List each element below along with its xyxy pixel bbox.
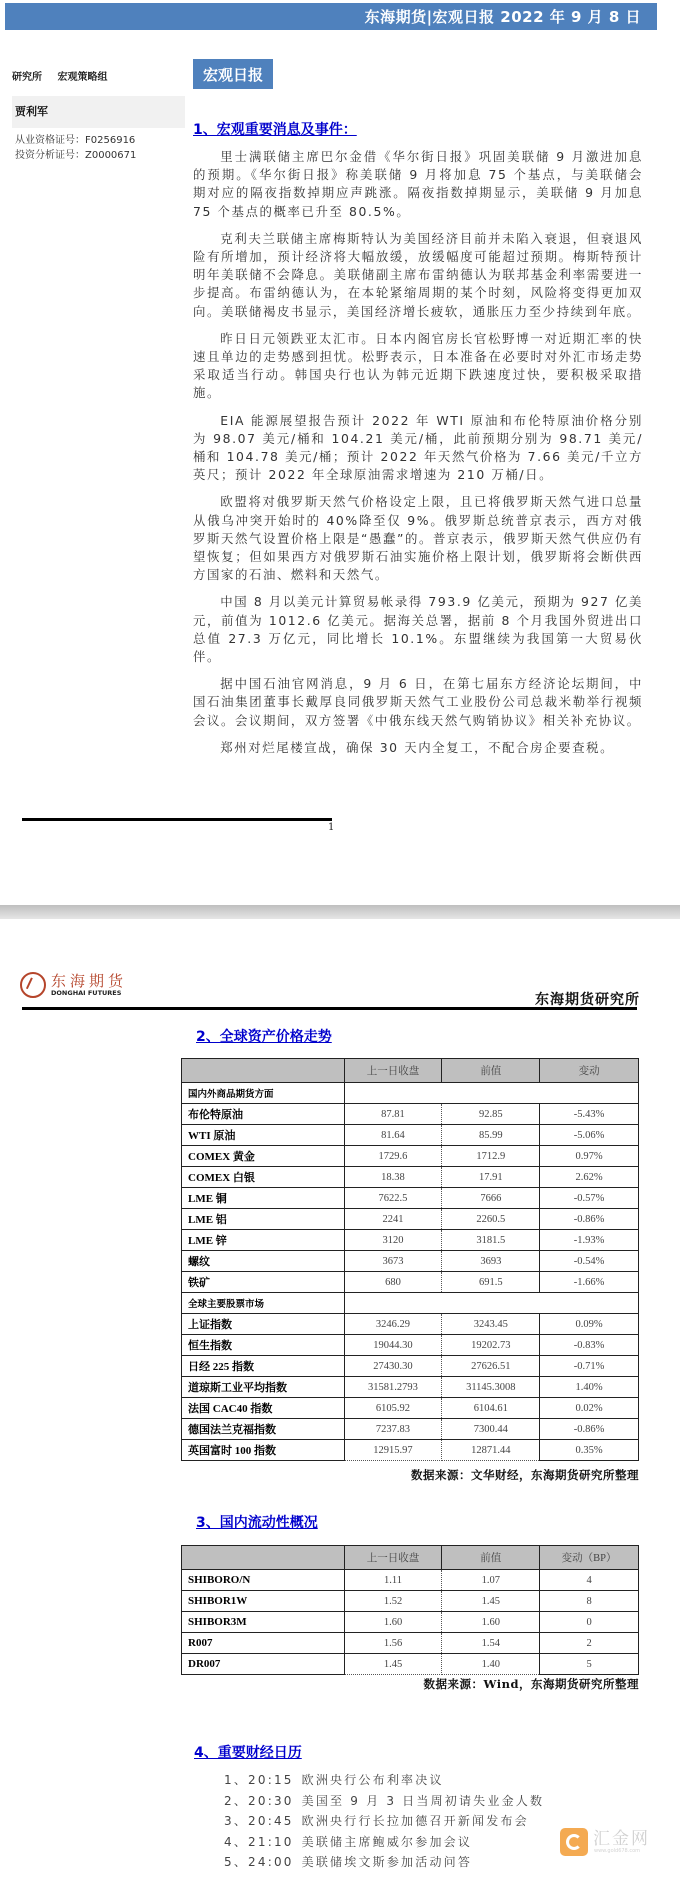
table-row: 法国 CAC40 指数6105.926104.610.02%	[182, 1398, 639, 1419]
calendar-item: 3、20:45欧洲央行行长拉加德召开新闻发布会	[224, 1811, 544, 1832]
news-paragraph: 中国 8 月以美元计算贸易帐录得 793.9 亿美元，预期为 927 亿美元，前…	[193, 593, 643, 666]
change-value: 2.62%	[540, 1167, 639, 1188]
empty-cell	[344, 1083, 638, 1104]
logo-cn: 东海期货	[51, 973, 127, 989]
instrument-name: LME 铜	[182, 1188, 345, 1209]
econ-calendar: 1、20:15欧洲央行公布利率决议 2、20:30美国至 9 月 3 日当周初请…	[224, 1770, 544, 1873]
close-value: 1.56	[344, 1633, 442, 1654]
close-value: 6105.92	[344, 1398, 442, 1419]
instrument-name: 日经 225 指数	[182, 1356, 345, 1377]
instrument-name: 德国法兰克福指数	[182, 1419, 345, 1440]
prev-value: 1.40	[442, 1654, 540, 1675]
change-value: 1.40%	[540, 1377, 639, 1398]
instrument-name: SHIBORO/N	[182, 1570, 345, 1591]
col-header-name	[182, 1546, 345, 1570]
table-row: 上证指数3246.293243.450.09%	[182, 1314, 639, 1335]
calendar-item: 5、24:00美联储埃文斯参加活动问答	[224, 1852, 544, 1873]
change-value: -1.93%	[540, 1230, 639, 1251]
close-value: 2241	[344, 1209, 442, 1230]
section4-title: 4、重要财经日历	[194, 1742, 302, 1762]
table-header-row: 上一日收盘 前值 变动（BP）	[182, 1546, 639, 1570]
prev-value: 1712.9	[442, 1146, 540, 1167]
instrument-name: 螺纹	[182, 1251, 345, 1272]
change-value: 8	[540, 1591, 639, 1612]
change-value: -0.54%	[540, 1251, 639, 1272]
table-row: COMEX 白银18.3817.912.62%	[182, 1167, 639, 1188]
section3-title: 3、国内流动性概况	[196, 1512, 318, 1532]
table-row: 布伦特原油87.8192.85-5.43%	[182, 1104, 639, 1125]
prev-value: 7666	[442, 1188, 540, 1209]
table-row: LME 铜7622.57666-0.57%	[182, 1188, 639, 1209]
prev-value: 92.85	[442, 1104, 540, 1125]
close-value: 1729.6	[344, 1146, 442, 1167]
close-value: 3246.29	[344, 1314, 442, 1335]
prev-value: 3181.5	[442, 1230, 540, 1251]
instrument-name: COMEX 黄金	[182, 1146, 345, 1167]
instrument-name: 布伦特原油	[182, 1104, 345, 1125]
instrument-name: COMEX 白银	[182, 1167, 345, 1188]
instrument-name: R007	[182, 1633, 345, 1654]
col-header-change-bp: 变动（BP）	[540, 1546, 639, 1570]
section2-source: 数据来源：文华财经，东海期货研究所整理	[411, 1467, 639, 1483]
prev-value: 12871.44	[442, 1440, 540, 1461]
instrument-name: SHIBOR1W	[182, 1591, 345, 1612]
col-header-change: 变动	[540, 1059, 639, 1083]
page-separator	[0, 905, 680, 919]
close-value: 3120	[344, 1230, 442, 1251]
watermark-name: 汇金网	[593, 1830, 650, 1848]
instrument-name: SHIBOR3M	[182, 1612, 345, 1633]
change-value: 0.97%	[540, 1146, 639, 1167]
analyst-name: 贾利军	[15, 103, 48, 119]
table-row: WTI 原油81.6485.99-5.06%	[182, 1125, 639, 1146]
change-value: -5.43%	[540, 1104, 639, 1125]
department-group: 宏观策略组	[57, 72, 107, 83]
asset-price-table: 上一日收盘 前值 变动 国内外商品期货方面布伦特原油87.8192.85-5.4…	[181, 1058, 639, 1461]
prev-value: 1.07	[442, 1570, 540, 1591]
empty-cell	[344, 1293, 638, 1314]
change-value: 0.02%	[540, 1398, 639, 1419]
prev-value: 3693	[442, 1251, 540, 1272]
close-value: 81.64	[344, 1125, 442, 1146]
close-value: 31581.2793	[344, 1377, 442, 1398]
change-value: 0.35%	[540, 1440, 639, 1461]
change-value: -0.71%	[540, 1356, 639, 1377]
calendar-item: 2、20:30美国至 9 月 3 日当周初请失业金人数	[224, 1791, 544, 1812]
page-number: 1	[328, 822, 334, 833]
table-category-row: 国内外商品期货方面	[182, 1083, 639, 1104]
close-value: 7237.83	[344, 1419, 442, 1440]
table-row: 道琼斯工业平均指数31581.279331145.30081.40%	[182, 1377, 639, 1398]
table-row: SHIBORO/N1.111.074	[182, 1570, 639, 1591]
instrument-name: LME 铝	[182, 1209, 345, 1230]
close-value: 1.45	[344, 1654, 442, 1675]
col-header-close: 上一日收盘	[344, 1059, 442, 1083]
department-label: 研究所 宏观策略组	[12, 68, 119, 83]
section3-source: 数据来源：Wind，东海期货研究所整理	[424, 1676, 639, 1692]
close-value: 1.11	[344, 1570, 442, 1591]
change-value: -5.06%	[540, 1125, 639, 1146]
table-row: SHIBOR3M1.601.600	[182, 1612, 639, 1633]
instrument-name: 法国 CAC40 指数	[182, 1398, 345, 1419]
prev-value: 17.91	[442, 1167, 540, 1188]
close-value: 3673	[344, 1251, 442, 1272]
instrument-name: 恒生指数	[182, 1335, 345, 1356]
liquidity-table: 上一日收盘 前值 变动（BP） SHIBORO/N1.111.074SHIBOR…	[181, 1545, 639, 1675]
instrument-name: DR007	[182, 1654, 345, 1675]
table-row: 英国富时 100 指数12915.9712871.440.35%	[182, 1440, 639, 1461]
department-institute: 研究所	[12, 72, 42, 83]
news-paragraph: 郑州对烂尾楼宣战，确保 30 天内全复工，不配合房企要查税。	[193, 739, 643, 757]
section1-title: 1、宏观重要消息及事件：	[193, 119, 357, 139]
institute-name: 东海期货研究所	[535, 989, 640, 1009]
watermark: 汇金网 www.gold678.com	[560, 1828, 650, 1856]
table-row: LME 铝22412260.5-0.86%	[182, 1209, 639, 1230]
change-value: 4	[540, 1570, 639, 1591]
instrument-name: 英国富时 100 指数	[182, 1440, 345, 1461]
instrument-name: 道琼斯工业平均指数	[182, 1377, 345, 1398]
col-header-prev: 前值	[442, 1546, 540, 1570]
prev-value: 85.99	[442, 1125, 540, 1146]
close-value: 12915.97	[344, 1440, 442, 1461]
change-value: -0.57%	[540, 1188, 639, 1209]
table-row: R0071.561.542	[182, 1633, 639, 1654]
table-row: 螺纹36733693-0.54%	[182, 1251, 639, 1272]
calendar-item: 1、20:15欧洲央行公布利率决议	[224, 1770, 544, 1791]
footer-rule	[22, 818, 332, 821]
table-row: COMEX 黄金1729.61712.90.97%	[182, 1146, 639, 1167]
section1-body: 里士满联储主席巴尔金借《华尔街日报》巩固美联储 9 月激进加息的预期。《华尔街日…	[193, 148, 643, 766]
col-header-name	[182, 1059, 345, 1083]
prev-value: 2260.5	[442, 1209, 540, 1230]
prev-value: 1.60	[442, 1612, 540, 1633]
close-value: 27430.30	[344, 1356, 442, 1377]
news-paragraph: 克利夫兰联储主席梅斯特认为美国经济目前并未陷入衰退，但衰退风险有所增加，预计经济…	[193, 230, 643, 321]
calendar-item: 4、21:10美联储主席鲍威尔参加会议	[224, 1832, 544, 1853]
instrument-name: 上证指数	[182, 1314, 345, 1335]
table-row: SHIBOR1W1.521.458	[182, 1591, 639, 1612]
prev-value: 7300.44	[442, 1419, 540, 1440]
table-row: 德国法兰克福指数7237.837300.44-0.86%	[182, 1419, 639, 1440]
report-header-title: 东海期货|宏观日报 2022 年 9 月 8 日	[365, 6, 641, 27]
news-paragraph: 据中国石油官网消息，9 月 6 日，在第七届东方经济论坛期间，中国石油集团董事长…	[193, 675, 643, 730]
qualification-cert: 从业资格证号：F0256916	[15, 131, 135, 146]
prev-value: 19202.73	[442, 1335, 540, 1356]
table-row: LME 锌31203181.5-1.93%	[182, 1230, 639, 1251]
table-category-row: 全球主要股票市场	[182, 1293, 639, 1314]
col-header-close: 上一日收盘	[344, 1546, 442, 1570]
change-value: -0.86%	[540, 1419, 639, 1440]
news-paragraph: 欧盟将对俄罗斯天然气价格设定上限，且已将俄罗斯天然气进口总量从俄乌冲突开始时的 …	[193, 493, 643, 584]
table-row: 日经 225 指数27430.3027626.51-0.71%	[182, 1356, 639, 1377]
section2-title: 2、全球资产价格走势	[196, 1026, 332, 1046]
table-header-row: 上一日收盘 前值 变动	[182, 1059, 639, 1083]
table-row: DR0071.451.405	[182, 1654, 639, 1675]
instrument-name: 铁矿	[182, 1272, 345, 1293]
instrument-name: WTI 原油	[182, 1125, 345, 1146]
col-header-prev: 前值	[442, 1059, 540, 1083]
watermark-logo-icon	[560, 1828, 588, 1856]
change-value: -0.86%	[540, 1209, 639, 1230]
change-value: 5	[540, 1654, 639, 1675]
company-logo: 东海期货 DONGHAI FUTURES	[20, 972, 127, 998]
report-header-bar: 东海期货|宏观日报 2022 年 9 月 8 日	[5, 3, 657, 30]
close-value: 1.52	[344, 1591, 442, 1612]
prev-value: 31145.3008	[442, 1377, 540, 1398]
table-row: 恒生指数19044.3019202.73-0.83%	[182, 1335, 639, 1356]
prev-value: 27626.51	[442, 1356, 540, 1377]
change-value: 0	[540, 1612, 639, 1633]
prev-value: 1.45	[442, 1591, 540, 1612]
prev-value: 691.5	[442, 1272, 540, 1293]
investment-cert: 投资分析证号：Z0000671	[15, 146, 136, 161]
table-row: 铁矿680691.5-1.66%	[182, 1272, 639, 1293]
prev-value: 3243.45	[442, 1314, 540, 1335]
close-value: 7622.5	[344, 1188, 442, 1209]
change-value: -0.83%	[540, 1335, 639, 1356]
prev-value: 6104.61	[442, 1398, 540, 1419]
change-value: 2	[540, 1633, 639, 1654]
close-value: 18.38	[344, 1167, 442, 1188]
category-label: 国内外商品期货方面	[182, 1083, 345, 1104]
news-paragraph: 昨日日元领跌亚太汇市。日本内阁官房长官松野博一对近期汇率的快速且单边的走势感到担…	[193, 330, 643, 403]
close-value: 680	[344, 1272, 442, 1293]
close-value: 1.60	[344, 1612, 442, 1633]
category-label: 全球主要股票市场	[182, 1293, 345, 1314]
close-value: 19044.30	[344, 1335, 442, 1356]
instrument-name: LME 锌	[182, 1230, 345, 1251]
news-paragraph: EIA 能源展望报告预计 2022 年 WTI 原油和布伦特原油价格分别为 98…	[193, 412, 643, 485]
header-rule	[22, 1007, 637, 1010]
dragon-logo-icon	[20, 972, 46, 998]
close-value: 87.81	[344, 1104, 442, 1125]
news-paragraph: 里士满联储主席巴尔金借《华尔街日报》巩固美联储 9 月激进加息的预期。《华尔街日…	[193, 148, 643, 221]
prev-value: 1.54	[442, 1633, 540, 1654]
report-type-tag: 宏观日报	[193, 59, 273, 89]
change-value: 0.09%	[540, 1314, 639, 1335]
change-value: -1.66%	[540, 1272, 639, 1293]
logo-en: DONGHAI FUTURES	[51, 989, 127, 997]
